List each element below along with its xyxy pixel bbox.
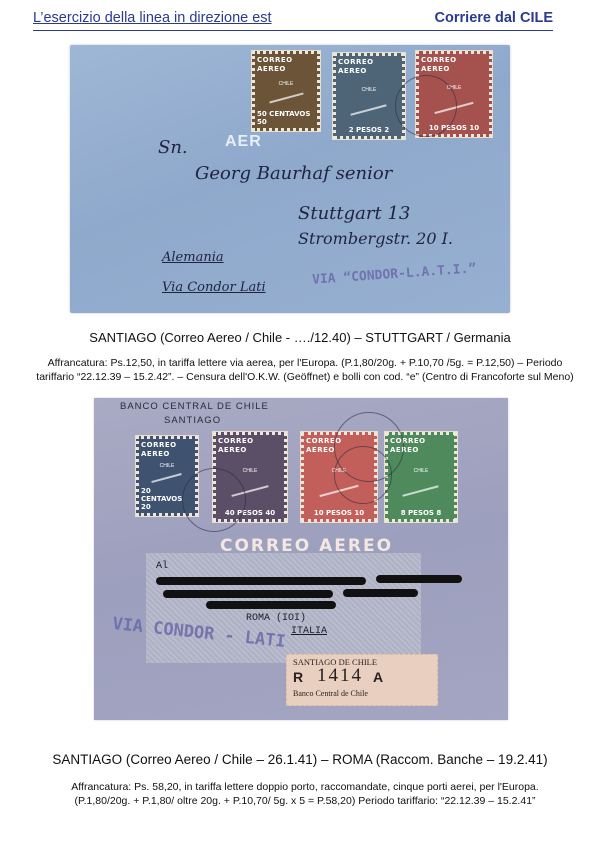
postmark-icon bbox=[182, 468, 246, 532]
address-name: Georg Baurhaf senior bbox=[195, 163, 392, 184]
redaction-bar bbox=[343, 589, 418, 597]
cover-1-caption: SANTIAGO (Correo Aereo / Chile - …./12.4… bbox=[0, 330, 600, 345]
address-city: ROMA (IOI) bbox=[246, 613, 306, 624]
sender-name: BANCO CENTRAL DE CHILE bbox=[120, 401, 269, 412]
airplane-icon bbox=[269, 93, 304, 103]
registration-label: SANTIAGO DE CHILE R 1414 A Banco Central… bbox=[286, 654, 438, 706]
sender-city: SANTIAGO bbox=[164, 415, 221, 426]
cover-1-envelope: AER CORREO AEREO CHILE 50 CENTAVOS 50 CO… bbox=[70, 45, 510, 313]
routing-note: Via Condor Lati bbox=[162, 280, 266, 295]
address-country: ITALIA bbox=[291, 626, 327, 637]
condor-lati-cachet: VIA “CONDOR-L.A.T.I.” bbox=[312, 261, 477, 287]
address-country: Alemania bbox=[162, 250, 224, 265]
airmail-printed-label: AER bbox=[225, 133, 262, 151]
address-prefix: Al bbox=[156, 561, 168, 572]
address-salutation: Sn. bbox=[158, 137, 188, 158]
airplane-icon bbox=[402, 486, 439, 496]
address-city: Stuttgart 13 bbox=[298, 203, 410, 224]
page-header: L’esercizio della linea in direzione est… bbox=[33, 10, 553, 31]
registration-suffix: A bbox=[373, 669, 383, 685]
address-street: Strombergstr. 20 I. bbox=[298, 229, 453, 248]
postmark-icon bbox=[334, 446, 392, 504]
registration-letter: R bbox=[293, 669, 303, 685]
stamp-2-pesos: CORREO AEREO CHILE 2 PESOS 2 bbox=[333, 53, 405, 139]
stamp-50-centavos: CORREO AEREO CHILE 50 CENTAVOS 50 bbox=[252, 51, 320, 131]
cover-2-envelope: BANCO CENTRAL DE CHILE SANTIAGO CORREO A… bbox=[94, 398, 508, 720]
registration-number: 1414 bbox=[317, 665, 363, 687]
registration-sender: Banco Central de Chile bbox=[293, 689, 368, 698]
redaction-bar bbox=[163, 590, 333, 598]
cover-1-description: Affrancatura: Ps.12,50, in tariffa lette… bbox=[35, 356, 575, 384]
collection-title: Corriere dal CILE bbox=[435, 10, 553, 26]
redaction-bar bbox=[376, 575, 462, 583]
postmark-icon bbox=[395, 75, 457, 137]
section-title: L’esercizio della linea in direzione est bbox=[33, 10, 272, 26]
redaction-bar bbox=[156, 577, 366, 585]
redaction-bar bbox=[206, 601, 336, 609]
airplane-icon bbox=[151, 473, 182, 483]
airplane-icon bbox=[350, 105, 387, 115]
cover-2-description: Affrancatura: Ps. 58,20, in tariffa lett… bbox=[35, 780, 575, 808]
cover-2-caption: SANTIAGO (Correo Aereo / Chile – 26.1.41… bbox=[0, 752, 600, 767]
